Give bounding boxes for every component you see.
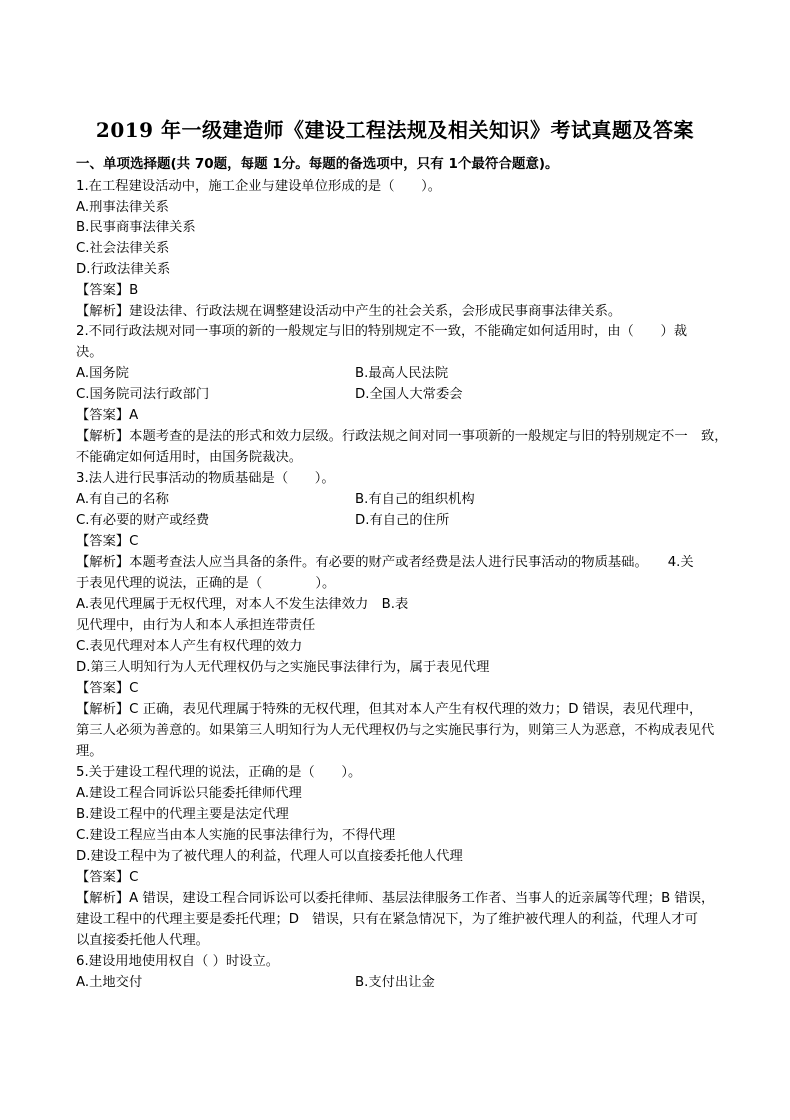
text-line: 建设工程中的代理主要是委托代理；D 错误，只有在紧急情况下，为了维护被代理人的利… xyxy=(76,910,698,930)
text-line: 5.关于建设工程代理的说法，正确的是（ ）。 xyxy=(76,763,361,783)
text-line: C.表见代理对本人产生有权代理的效力 xyxy=(76,637,302,657)
text-line: C.社会法律关系 xyxy=(76,239,169,259)
text-line: D.全国人大常委会 xyxy=(355,385,463,405)
section-heading: 一、单项选择题(共 70题，每题 1分。每题的备选项中，只有 1个最符合题意)。 xyxy=(76,152,559,172)
text-line: B.最高人民法院 xyxy=(355,364,448,384)
text-line: A.土地交付 xyxy=(76,973,142,993)
text-line: 1.在工程建设活动中，施工企业与建设单位形成的是（ ）。 xyxy=(76,177,441,197)
document-page: 2019 年一级建造师《建设工程法规及相关知识》考试真题及答案 一、单项选择题(… xyxy=(0,0,790,1120)
text-line: A.表见代理属于无权代理，对本人不发生法律效力 B.表 xyxy=(76,595,408,615)
text-line: D.第三人明知行为人无代理权仍与之实施民事法律行为，属于表见代理 xyxy=(76,658,489,678)
text-line: 【答案】C xyxy=(76,868,138,888)
text-line: 见代理中，由行为人和本人承担连带责任 xyxy=(76,616,315,636)
text-line: 【解析】建设法律、行政法规在调整建设活动中产生的社会关系，会形成民事商事法律关系… xyxy=(76,302,621,322)
text-line: 2.不同行政法规对同一事项的新的一般规定与旧的特别规定不一致，不能确定如何适用时… xyxy=(76,322,687,342)
text-line: 【解析】本题考查法人应当具备的条件。有必要的财产或者经费是法人进行民事活动的物质… xyxy=(76,553,694,573)
text-line: 【答案】C xyxy=(76,679,138,699)
text-line: 理。 xyxy=(76,742,103,762)
text-line: D.行政法律关系 xyxy=(76,260,170,280)
text-line: 以直接委托他人代理。 xyxy=(76,931,209,951)
text-line: C.有必要的财产或经费 xyxy=(76,511,209,531)
text-line: 【解析】C 正确，表见代理属于特殊的无权代理，但其对本人产生有权代理的效力；D … xyxy=(76,700,702,720)
text-line: 第三人必须为善意的。如果第三人明知行为人无代理权仍与之实施民事行为，则第三人为恶… xyxy=(76,721,714,741)
text-line: 于表见代理的说法，正确的是（ ）。 xyxy=(76,574,335,594)
text-line: 6.建设用地使用权自（ ）时设立。 xyxy=(76,952,279,972)
text-line: 【解析】本题考查的是法的形式和效力层级。行政法规之间对同一事项新的一般规定与旧的… xyxy=(76,427,728,447)
text-line: B.支付出让金 xyxy=(355,973,435,993)
text-line: 决。 xyxy=(76,343,103,363)
text-line: B.建设工程中的代理主要是法定代理 xyxy=(76,805,289,825)
text-line: D.有自己的住所 xyxy=(355,511,449,531)
text-line: 【解析】A 错误，建设工程合同诉讼可以委托律师、基层法律服务工作者、当事人的近亲… xyxy=(76,889,714,909)
text-line: C.国务院司法行政部门 xyxy=(76,385,209,405)
text-line: D.建设工程中为了被代理人的利益，代理人可以直接委托他人代理 xyxy=(76,847,463,867)
text-line: B.民事商事法律关系 xyxy=(76,218,196,238)
text-line: A.有自己的名称 xyxy=(76,490,169,510)
text-line: A.刑事法律关系 xyxy=(76,198,169,218)
document-title: 2019 年一级建造师《建设工程法规及相关知识》考试真题及答案 xyxy=(0,114,790,143)
text-line: 3.法人进行民事活动的物质基础是（ ）。 xyxy=(76,469,335,489)
text-line: C.建设工程应当由本人实施的民事法律行为，不得代理 xyxy=(76,826,395,846)
text-line: B.有自己的组织机构 xyxy=(355,490,475,510)
text-line: 【答案】C xyxy=(76,532,138,552)
text-line: 【答案】A xyxy=(76,406,138,426)
text-line: 【答案】B xyxy=(76,281,138,301)
text-line: A.国务院 xyxy=(76,364,129,384)
text-line: 不能确定如何适用时，由国务院裁决。 xyxy=(76,448,302,468)
text-line: A.建设工程合同诉讼只能委托律师代理 xyxy=(76,784,302,804)
